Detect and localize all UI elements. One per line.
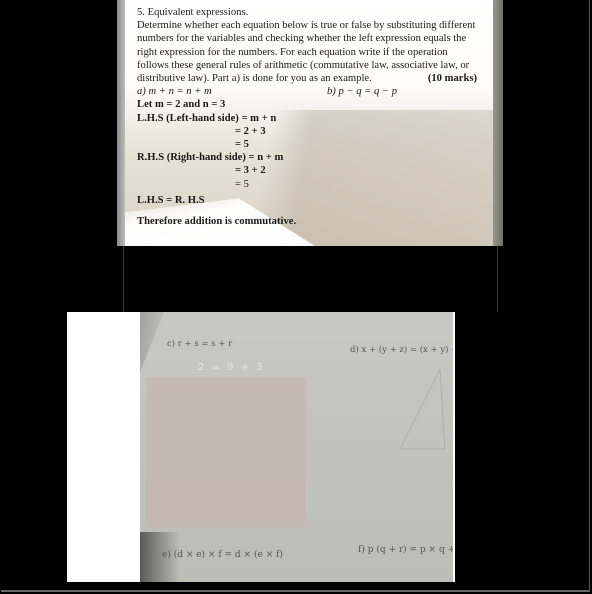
equality-line: L.H.S = R. H.S (137, 194, 477, 207)
parts-ab-row: a) m + n = n + m b) p − q = q − p (137, 85, 477, 98)
instruction-line: right expression for the numbers. For ea… (137, 46, 477, 59)
part-c-equation: c) r + s = s + r (167, 339, 232, 349)
photo-edge-left (117, 0, 125, 246)
worksheet-page-bottom: 2 = 9 + 3 c) r + s = s + r d) x + (y + z… (67, 312, 455, 582)
part-b-equation: b) p − q = q − p (327, 85, 397, 98)
faint-triangle-sketch (390, 367, 450, 457)
photo-edge-right (493, 0, 503, 246)
lhs-step-2: = 5 (137, 138, 477, 151)
pink-paper-patch (146, 377, 306, 527)
instruction-line: Determine whether each equation below is… (137, 19, 477, 32)
let-line: Let m = 2 and n = 3 (137, 98, 477, 111)
frame-divider-left (123, 246, 124, 312)
rhs-step-2: = 5 (137, 178, 477, 191)
worksheet-photo-bottom: 2 = 9 + 3 c) r + s = s + r d) x + (y + z… (140, 312, 453, 582)
rhs-line: R.H.S (Right-hand side) = n + m (137, 151, 477, 164)
frame-divider-right (497, 246, 498, 312)
conclusion-line: Therefore addition is commutative. (137, 215, 477, 228)
part-f-equation: f) p (q + r) = p × q + p × r (358, 545, 453, 555)
part-a-equation: a) m + n = n + m (137, 85, 212, 98)
instruction-line: numbers for the variables and checking w… (137, 32, 477, 45)
marks-label: (10 marks) (428, 72, 477, 85)
part-d-equation: d) x + (y + z) = (x + y) + z (350, 345, 453, 355)
part-e-equation: e) (d × e) × f = d × (e × f) (162, 550, 283, 560)
question-title: 5. Equivalent expressions. (137, 6, 477, 19)
lhs-line: L.H.S (Left-hand side) = m + n (137, 112, 477, 125)
lhs-step-1: = 2 + 3 (137, 125, 477, 138)
rhs-step-1: = 3 + 2 (137, 164, 477, 177)
instruction-line-with-marks: distributive law). Part a) is done for y… (137, 72, 477, 85)
instruction-line: follows these general rules of arithmeti… (137, 59, 477, 72)
faint-handwriting: 2 = 9 + 3 (198, 362, 265, 373)
instruction-line: distributive law). Part a) is done for y… (137, 73, 372, 84)
worksheet-text-top: 5. Equivalent expressions. Determine whe… (137, 6, 477, 228)
page-corner-shadow (140, 312, 164, 372)
question-instructions: Determine whether each equation below is… (137, 19, 477, 85)
